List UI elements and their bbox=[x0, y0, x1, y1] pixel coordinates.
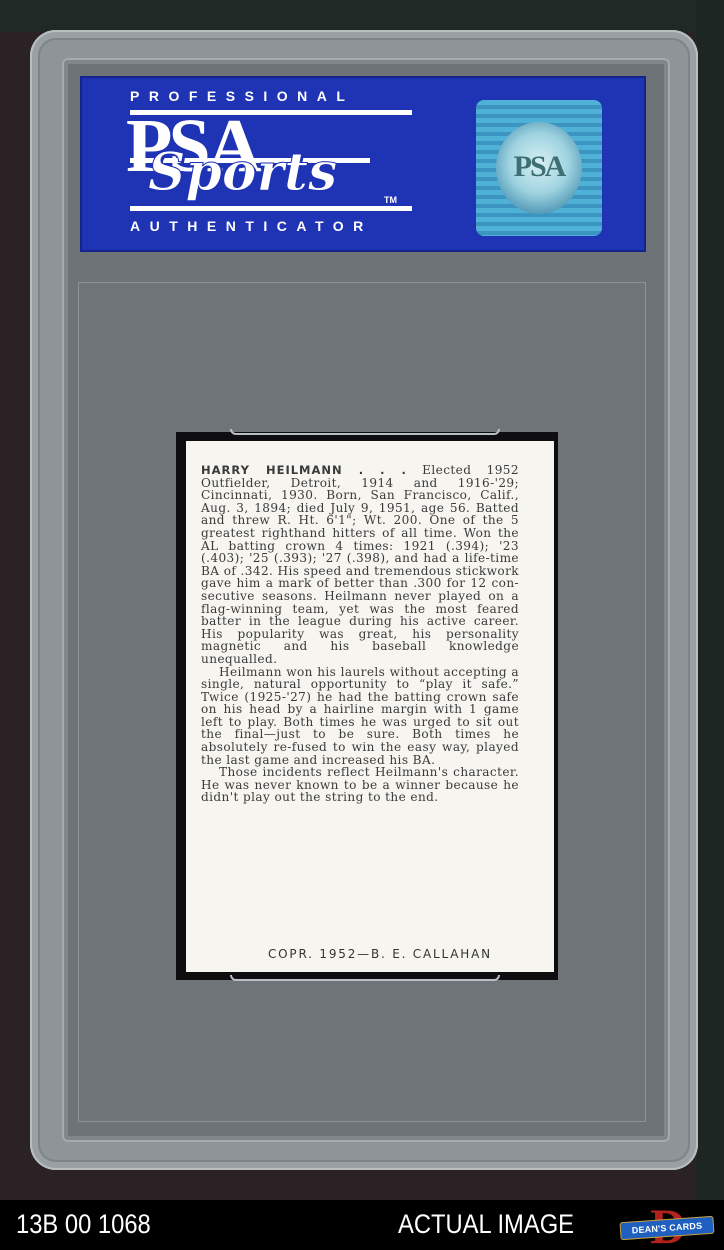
hologram-sticker: PSA bbox=[476, 100, 602, 236]
holder-rail-bottom bbox=[230, 975, 500, 981]
label-professional-text: PROFESSIONAL bbox=[130, 88, 412, 104]
deans-banner-text: DEAN'S CARDS bbox=[619, 1216, 714, 1241]
footer-bar: 13B 00 1068 ACTUAL IMAGE D DEAN'S CARDS bbox=[0, 1200, 724, 1250]
bio-paragraph-2: Heilmann won his laurels without accepti… bbox=[201, 666, 519, 767]
holder-rail-top bbox=[230, 429, 500, 435]
psa-label: PROFESSIONAL PSA Sports TM AUTHENTICATOR… bbox=[80, 76, 646, 252]
cert-number: 13B 00 1068 bbox=[16, 1209, 151, 1240]
bio-paragraph-3: Those incidents reflect Heilmann's chara… bbox=[201, 766, 519, 804]
actual-image-caption: ACTUAL IMAGE bbox=[398, 1209, 574, 1240]
deans-cards-logo[interactable]: D DEAN'S CARDS bbox=[620, 1204, 712, 1248]
hologram-logo-text: PSA bbox=[496, 150, 582, 184]
copyright-line: COPR. 1952—B. E. CALLAHAN bbox=[268, 947, 492, 961]
psa-logo-script: Sports bbox=[148, 142, 337, 203]
bio-paragraph-1: HARRY HEILMANN . . . Elected 1952 Outfie… bbox=[201, 464, 519, 666]
card-biography: HARRY HEILMANN . . . Elected 1952 Outfie… bbox=[201, 464, 519, 804]
background-right bbox=[696, 0, 724, 1200]
label-divider-bottom bbox=[130, 206, 412, 211]
label-authenticator-text: AUTHENTICATOR bbox=[130, 218, 412, 234]
hologram-globe-icon: PSA bbox=[496, 122, 582, 214]
background-top bbox=[0, 0, 724, 32]
trademark-mark: TM bbox=[384, 195, 397, 205]
